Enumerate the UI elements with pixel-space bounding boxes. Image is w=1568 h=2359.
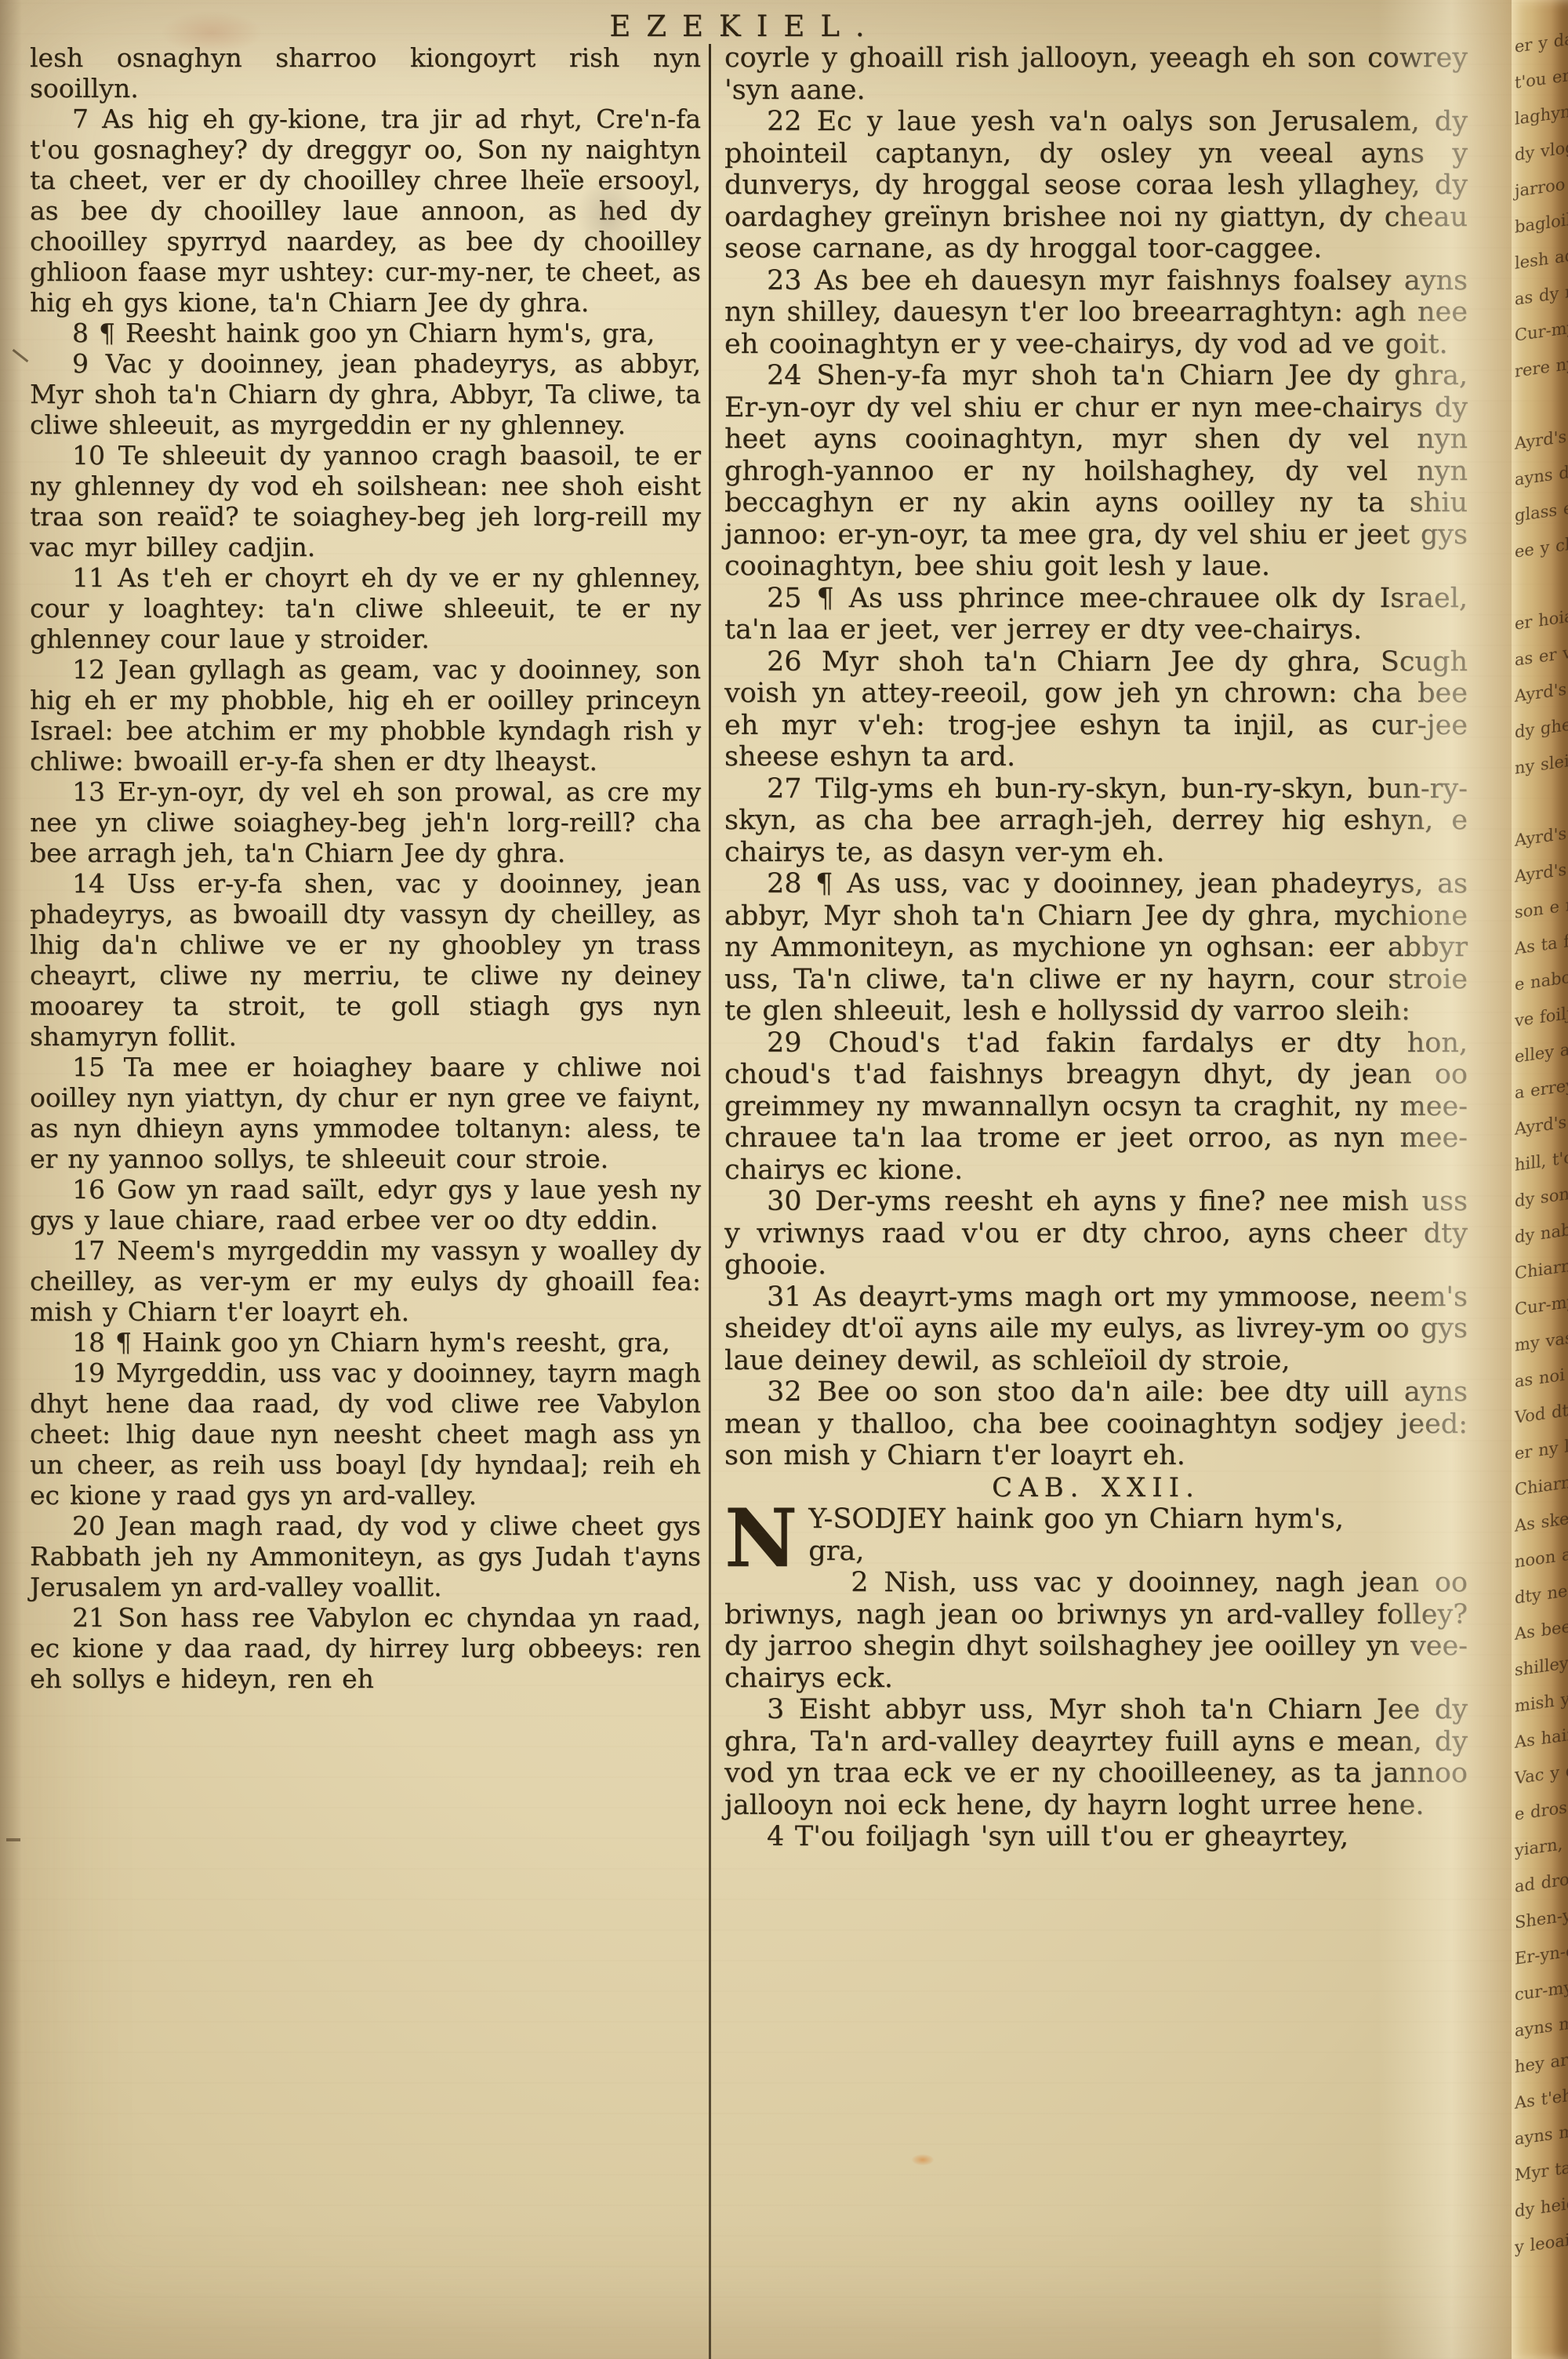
verse-paragraph: 12 Jean gyllagh as geam, vac y dooinney,… <box>30 654 701 776</box>
right-text-column: coyrle y ghoaill rish jallooyn, yeeagh e… <box>724 42 1468 1853</box>
verse-paragraph: 29 Choud's t'ad fakin fardalys er dty ho… <box>724 1027 1468 1187</box>
column-divider-rule <box>709 44 711 2359</box>
verse-paragraph: 9 Vac y dooinney, jean phadeyrys, as abb… <box>30 348 701 440</box>
verse-paragraph: 8 ¶ Reesht haink goo yn Chiarn hym's, gr… <box>30 318 701 348</box>
next-page-text-fragments: er y dayrn t'ou er laghyn t'ou dy vloghy… <box>1515 2 1568 2266</box>
verse-paragraph: 16 Gow yn raad saïlt, edyr gys y laue ye… <box>30 1174 701 1235</box>
verse-paragraph: 22 Ec y laue yesh va'n oalys son Jerusal… <box>724 106 1468 265</box>
verse-paragraph: 32 Bee oo son stoo da'n aile: bee dty ui… <box>724 1376 1468 1472</box>
verse-paragraph: 13 Er-yn-oyr, dy vel eh son prowal, as c… <box>30 776 701 868</box>
verse-paragraph: 21 Son hass ree Vabylon ec chyndaa yn ra… <box>30 1602 701 1694</box>
margin-pen-mark <box>13 349 29 362</box>
chapter-opening-line2: gra, <box>808 1536 864 1567</box>
verse-paragraph: 7 As hig eh gy-kione, tra jir ad rhyt, C… <box>30 104 701 318</box>
verse-paragraph: 17 Neem's myrgeddin my vassyn y woalley … <box>30 1235 701 1327</box>
margin-dash-mark <box>6 1838 20 1841</box>
next-page-curl-edge: er y dayrn t'ou er laghyn t'ou dy vloghy… <box>1512 0 1568 2359</box>
chapter-opening-paragraph: NY-SODJEY haink goo yn Chiarn hym's,gra, <box>724 1503 1468 1567</box>
drop-cap-letter: N <box>724 1503 808 1569</box>
verse-paragraph: 10 Te shleeuit dy yannoo cragh baasoil, … <box>30 440 701 562</box>
verse-paragraph: 18 ¶ Haink goo yn Chiarn hym's reesht, g… <box>30 1327 701 1358</box>
chapter-opening-line1: Y-SODJEY haink goo yn Chiarn hym's, <box>808 1503 1344 1535</box>
verse-paragraph: 26 Myr shoh ta'n Chiarn Jee dy ghra, Scu… <box>724 646 1468 773</box>
verse-paragraph: 3 Eisht abbyr uss, Myr shoh ta'n Chiarn … <box>724 1694 1468 1821</box>
verse-paragraph: 28 ¶ As uss, vac y dooinney, jean phadey… <box>724 868 1468 1027</box>
verse-paragraph: 4 T'ou foiljagh 'syn uill t'ou er gheayr… <box>724 1821 1468 1853</box>
verse-paragraph: 14 Uss er-y-fa shen, vac y dooinney, jea… <box>30 868 701 1052</box>
verse-paragraph: 15 Ta mee er hoiaghey baare y chliwe noi… <box>30 1052 701 1174</box>
running-head-book-title: EZEKIEL. <box>0 9 1490 43</box>
verse-paragraph: 2 Nish, uss vac y dooinney, nagh jean oo… <box>724 1567 1468 1694</box>
verse-paragraph: 31 As deayrt-yms magh ort my ymmoose, ne… <box>724 1281 1468 1377</box>
verse-paragraph: 19 Myrgeddin, uss vac y dooinney, tayrn … <box>30 1358 701 1510</box>
left-text-column: lesh osnaghyn sharroo kiongoyrt rish nyn… <box>30 42 701 1694</box>
chapter-heading: CAB. XXII. <box>724 1472 1468 1504</box>
verse-paragraph: 25 ¶ As uss phrince mee-chrauee olk dy I… <box>724 583 1468 646</box>
book-page: EZEKIEL. lesh osnaghyn sharroo kiongoyrt… <box>0 0 1568 2359</box>
verse-paragraph: 23 As bee eh dauesyn myr faishnys foalse… <box>724 265 1468 361</box>
verse-paragraph: 30 Der-yms reesht eh ayns y fine? nee mi… <box>724 1186 1468 1281</box>
orange-fleck-stain <box>912 2154 934 2165</box>
verse-paragraph: 11 As t'eh er choyrt eh dy ve er ny ghle… <box>30 562 701 654</box>
verse-paragraph: 24 Shen-y-fa myr shoh ta'n Chiarn Jee dy… <box>724 360 1468 583</box>
verse-paragraph: coyrle y ghoaill rish jallooyn, yeeagh e… <box>724 42 1468 106</box>
verse-paragraph: 20 Jean magh raad, dy vod y cliwe cheet … <box>30 1510 701 1602</box>
verse-paragraph: lesh osnaghyn sharroo kiongoyrt rish nyn… <box>30 42 701 104</box>
verse-paragraph: 27 Tilg-yms eh bun-ry-skyn, bun-ry-skyn,… <box>724 773 1468 869</box>
